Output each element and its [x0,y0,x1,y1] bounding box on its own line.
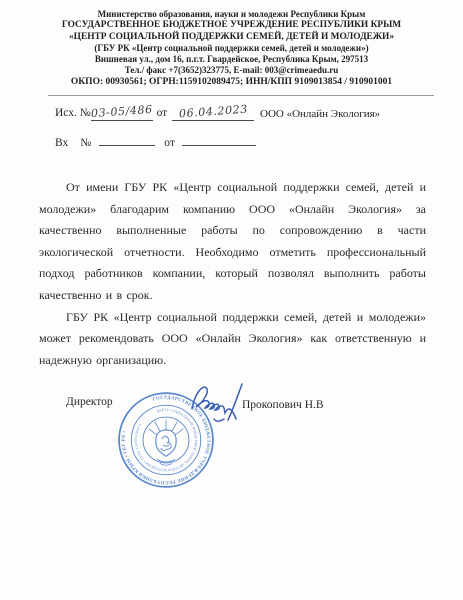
outgoing-from-label: от [157,107,168,119]
director-name: Прокопович Н.В [242,399,324,411]
recipient-name: ООО «Онлайн Экология» [260,108,380,120]
letterhead-line-contacts: Тел./ факс +7(3652)323775, E-mail: 003@c… [18,65,445,76]
letterhead-line-short-name: (ГБУ РК «Центр социальной поддержки семе… [18,43,445,54]
letterhead-line-center: «ЦЕНТР СОЦИАЛЬНОЙ ПОДДЕРЖКИ СЕМЕЙ, ДЕТЕЙ… [18,32,445,43]
outgoing-date-handwritten: 06.04.2023 [178,103,248,121]
letterhead-line-address: Вишневая ул., дом 16, п.г.т. Гвардейское… [18,54,445,65]
body-paragraph-recommendation: ГБУ РК «Центр социальной поддержки семей… [39,307,426,372]
letterhead: Министерство образования, науки и молоде… [18,9,445,88]
signature-autograph [176,376,252,428]
outgoing-number-handwritten: 03-05/486 [90,103,153,120]
letterhead-line-institution: ГОСУДАРСТВЕННОЕ БЮДЖЕТНОЕ УЧРЕЖДЕНИЕ РЕС… [18,20,445,31]
outgoing-label: Исх. № [55,107,91,119]
incoming-date-blank [182,133,256,146]
letterhead-divider [48,95,434,96]
outgoing-reference-row: Исх. №03-05/486от06.04.2023 [55,106,254,121]
incoming-reference-row: Вх№от [55,133,256,149]
letterhead-line-codes: ОКПО: 00930561; ОГРН:1159102089475; ИНН/… [18,77,445,88]
letter-body: От имени ГБУ РК «Центр социальной поддер… [39,177,426,371]
body-paragraph-gratitude: От имени ГБУ РК «Центр социальной поддер… [39,177,426,307]
incoming-number-sign: № [80,137,91,149]
incoming-from-label: от [164,137,175,149]
letterhead-line-ministry: Министерство образования, науки и молоде… [18,9,445,20]
incoming-number-blank [99,133,155,146]
director-title: Директор [66,396,113,408]
stamp-emblem-griffin [161,436,171,450]
scanned-letter-page: Министерство образования, науки и молоде… [0,0,463,600]
incoming-label: Вх [55,137,68,149]
stamp-emblem-shield [156,430,176,457]
